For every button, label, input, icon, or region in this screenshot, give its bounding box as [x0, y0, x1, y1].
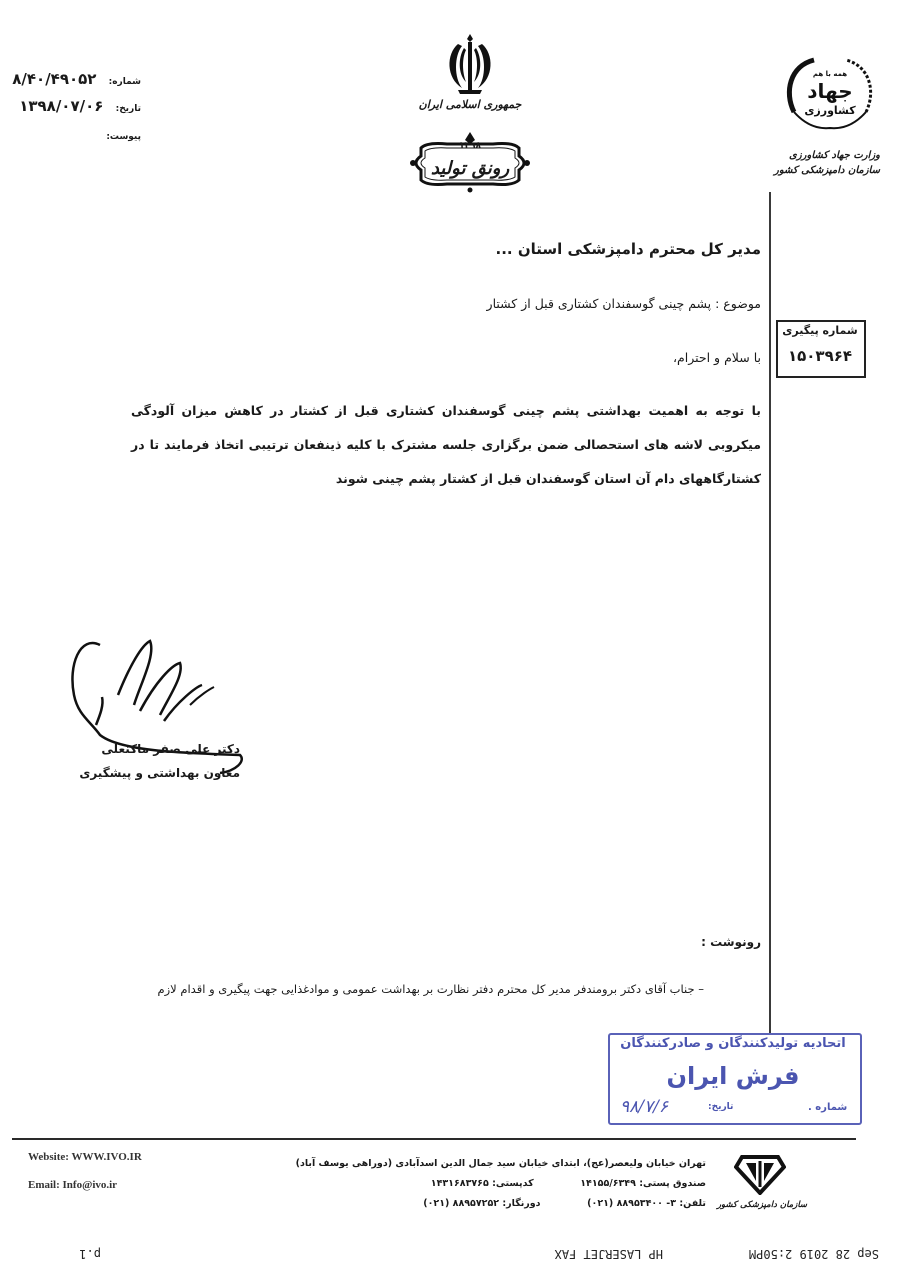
website-link[interactable]: Website: WWW.IVO.IR	[28, 1151, 142, 1163]
cc-recipient: – جناب آقای دکتر برومندفر مدیر کل محترم …	[157, 982, 704, 996]
email-link[interactable]: Email: Info@ivo.ir	[28, 1179, 117, 1191]
letter-date-value: ۱۳۹۸/۰۷/۰۶	[19, 97, 103, 115]
postal-code-value: ۱۴۳۱۶۸۳۷۶۵	[431, 1178, 489, 1189]
stamp-org-name: فرش ایران	[610, 1062, 856, 1090]
veterinary-org-logo-icon	[734, 1153, 786, 1195]
letter-body: با توجه به اهمیت بهداشتی پشم چینی گوسفند…	[131, 394, 761, 496]
signer-title: معاون بهداشتی و پیشگیری	[60, 766, 240, 780]
tracking-number-value: ۱۵۰۳۹۶۴	[778, 347, 862, 365]
jahad-keshavarzi-logo-icon: همه با هم جهاد کشاورزی	[780, 52, 880, 137]
cc-label: رونوشت :	[701, 935, 761, 949]
veterinary-org-name: سازمان دامپزشکی کشور	[712, 1200, 812, 1210]
po-box-value: ۱۴۱۵۵/۶۳۴۹	[580, 1178, 636, 1189]
addressee: مدیر کل محترم دامپزشکی استان ...	[496, 240, 761, 258]
iran-emblem-icon	[440, 30, 500, 100]
fax-value: ۸۸۹۵۷۲۵۲ (۰۲۱)	[423, 1198, 499, 1209]
stamp-org-line: اتحادیه تولیدکنندگان و صادرکنندگان	[610, 1036, 856, 1051]
stamp-date-label: تاریخ:	[708, 1102, 733, 1112]
tracking-number-label: شماره پیگیری	[778, 324, 862, 337]
slogan-year: ۱۳۹۸	[407, 141, 533, 151]
letter-date-label: تاریخ:	[116, 104, 141, 114]
svg-text:جهاد: جهاد	[807, 79, 852, 103]
stamp-date-value: ۹۸/۷/۶	[620, 1097, 668, 1117]
ministry-line-2: سازمان دامپزشکی کشور	[740, 163, 880, 178]
letter-number-label: شماره:	[109, 77, 141, 87]
postal-code-label: کدپستی:	[492, 1178, 534, 1189]
footer-divider	[12, 1138, 856, 1140]
fax-transmission-header: Sep 28 2019 2:50PM HP LASERJET FAX p.1	[0, 1241, 899, 1263]
ministry-name: وزارت جهاد کشاورزی سازمان دامپزشکی کشور	[740, 148, 880, 178]
slogan-text: رونق تولید	[407, 158, 533, 179]
stamp-number-label: شماره .	[808, 1102, 847, 1113]
fax-page-number: p.1	[79, 1247, 101, 1261]
letter-number-row: شماره: ۸/۴۰/۴۹۰۵۲	[12, 70, 141, 88]
svg-text:کشاورزی: کشاورزی	[804, 104, 856, 117]
po-box-label: صندوق پستی:	[639, 1178, 706, 1189]
letter-date-row: تاریخ: ۱۳۹۸/۰۷/۰۶	[19, 97, 141, 115]
footer-postal-row: صندوق پستی: ۱۴۱۵۵/۶۳۴۹ کدپستی: ۱۴۳۱۶۸۳۷۶…	[431, 1178, 706, 1189]
svg-text:همه با هم: همه با هم	[813, 70, 847, 78]
signer-name: دکتر علی صفر ماکنعلی	[60, 742, 240, 756]
fax-datetime: Sep 28 2019 2:50PM	[749, 1247, 879, 1261]
subject-line: موضوع : پشم چینی گوسفندان کشتاری قبل از …	[487, 296, 761, 311]
phone-label: تلفن:	[679, 1198, 706, 1209]
phone-value: ۳- ۸۸۹۵۳۴۰۰ (۰۲۱)	[587, 1198, 676, 1209]
margin-divider	[769, 192, 771, 1034]
attachment-label: پیوست:	[106, 132, 141, 142]
footer-phone-row: تلفن: ۳- ۸۸۹۵۳۴۰۰ (۰۲۱) دورنگار: ۸۸۹۵۷۲۵…	[423, 1198, 706, 1209]
fax-label: دورنگار:	[502, 1198, 540, 1209]
fax-device: HP LASERJET FAX	[555, 1247, 663, 1261]
greeting: با سلام و احترام،	[673, 350, 761, 365]
republic-title: جمهوری اسلامی ایران	[400, 98, 540, 111]
ministry-line-1: وزارت جهاد کشاورزی	[740, 148, 880, 163]
footer-address: تهران خیابان ولیعصر(عج)، ابتدای خیابان س…	[296, 1158, 706, 1169]
letter-number-value: ۸/۴۰/۴۹۰۵۲	[12, 70, 96, 88]
attachment-row: پیوست:	[98, 128, 141, 142]
